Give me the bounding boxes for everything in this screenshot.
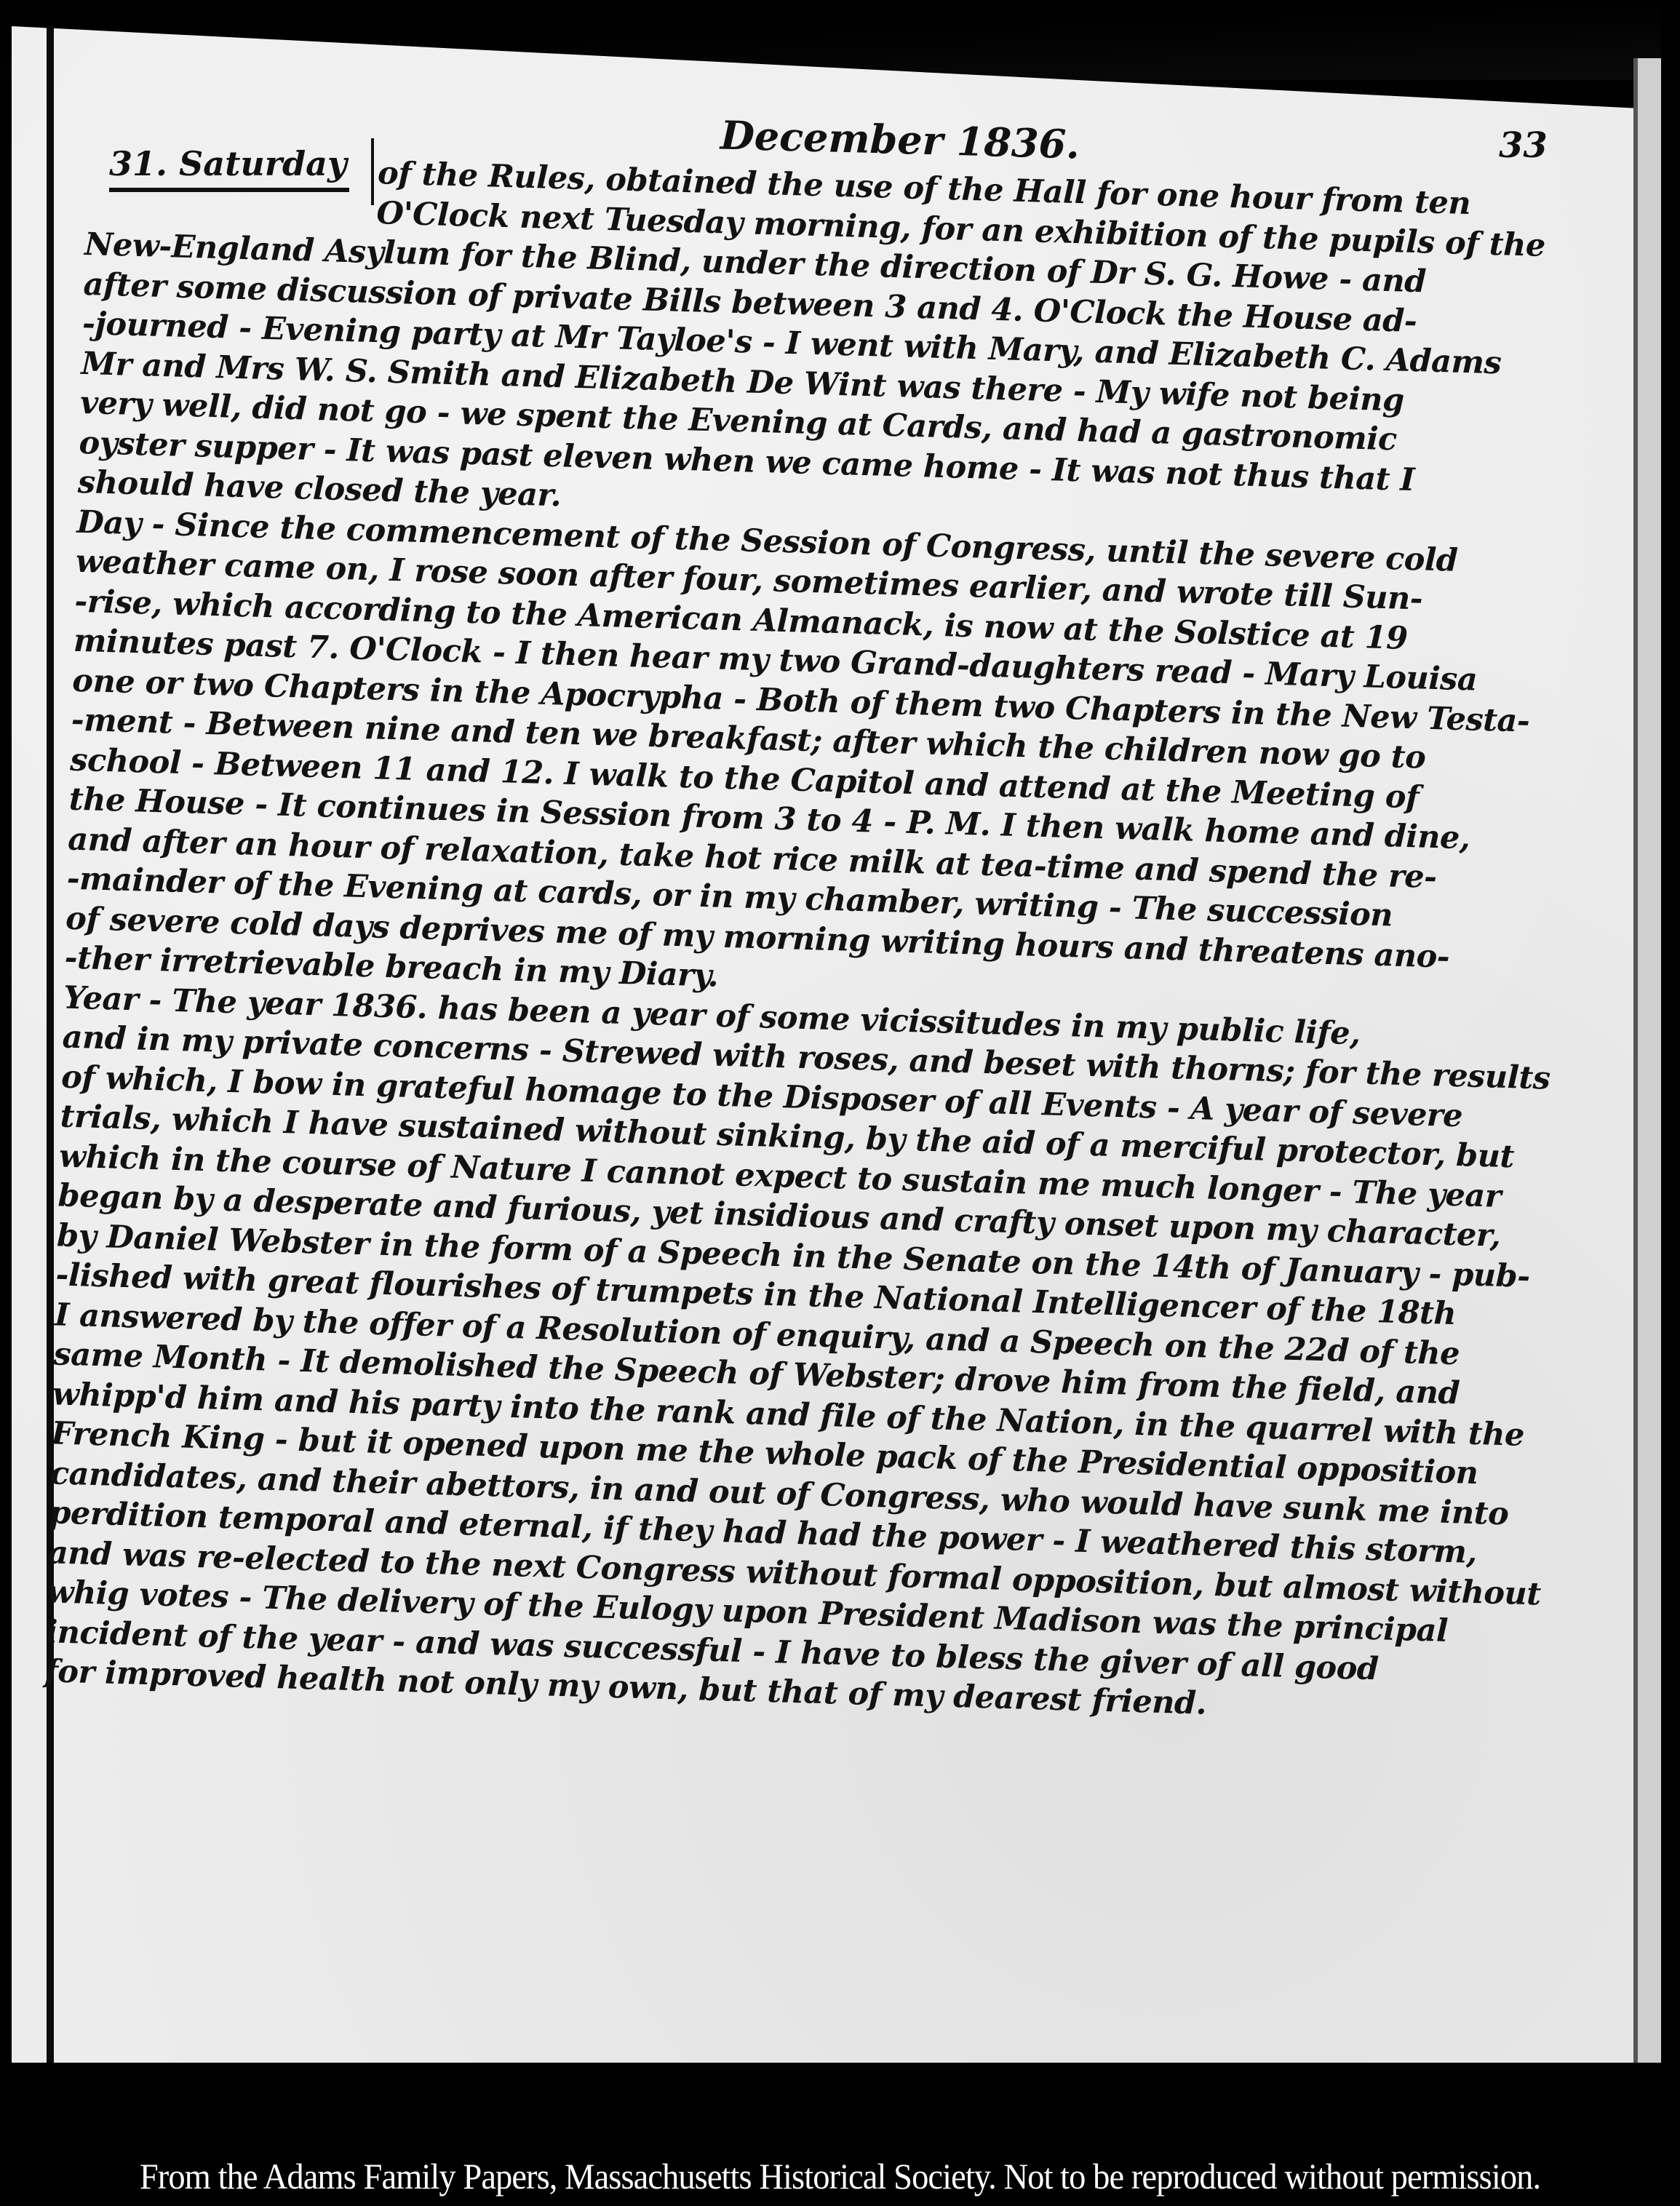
copyright-caption: From the Adams Family Papers, Massachuse… xyxy=(59,2155,1621,2197)
page-edge xyxy=(1633,58,1661,2095)
right-dark-border xyxy=(1661,0,1680,2206)
page-heading: December 1836. xyxy=(720,112,1080,168)
margin-rule xyxy=(47,26,54,2071)
page-number: 33 xyxy=(1499,125,1548,166)
manuscript-body: of the Rules, obtained the use of the Ha… xyxy=(44,146,1579,1733)
